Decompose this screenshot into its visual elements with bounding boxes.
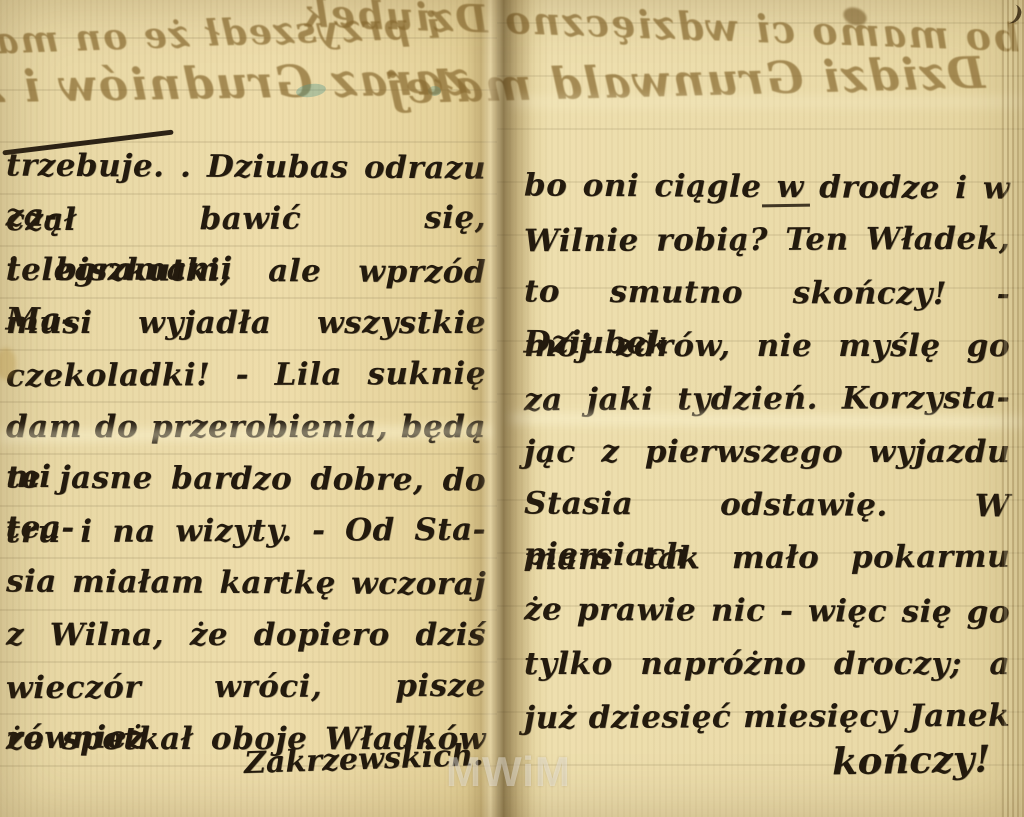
manuscript-line: że prawie nic - więc się go	[524, 585, 1010, 641]
manuscript-line: sia miałam kartkę wczoraj	[6, 557, 486, 612]
manuscript-line: Wilnie robią? Ten Władek,	[524, 214, 1010, 270]
manuscript-line: jąc z pierwszego wyjazdu	[524, 427, 1010, 480]
left-page-text: trzebuje. . Dziubas odrazu za- czął bawi…	[6, 142, 486, 766]
manuscript-line: musi wyjadła wszystkie	[6, 298, 486, 350]
manuscript-line: czekoladki! - Lila suknię	[6, 349, 486, 404]
manuscript-line: tru i na wizyty. - Od Sta-	[6, 505, 486, 560]
manuscript-line: dam do przerobienia, będą mi	[6, 402, 486, 454]
manuscript-line: czął bawić się, telegramami	[6, 193, 486, 248]
manuscript-line: to smutno skończy! - Dziubek	[524, 267, 1010, 323]
manuscript-line: mam tak mało pokarmu	[524, 532, 1010, 588]
manuscript-line: te jasne bardzo dobre, do tea-	[6, 453, 486, 508]
manuscript-line: i biszkutki, ale wprzód Ma-	[6, 245, 486, 300]
right-page-last-word: kończy!	[831, 737, 990, 784]
manuscript-line: wieczór wróci, pisze również	[6, 661, 486, 716]
manuscript-scan: i przyszedł że on mamo zaraz Grudniów i …	[0, 0, 1024, 817]
manuscript-line: Stasia odstawię. W piersiach	[524, 479, 1010, 535]
right-page-text: bo oni ciągle w drodze i w Wilnie robią?…	[524, 162, 1010, 745]
manuscript-line: trzebuje. . Dziubas odrazu za-	[6, 141, 486, 196]
manuscript-line: bo oni ciągle w drodze i w	[524, 161, 1010, 217]
manuscript-line: za jaki tydzień. Korzysta-	[524, 373, 1010, 429]
watermark-text: MWiM	[446, 748, 571, 796]
manuscript-line: z Wilna, że dopiero dziś	[6, 610, 486, 662]
manuscript-line: tylko napróżno droczy; a	[524, 639, 1010, 692]
left-page: i przyszedł że on mamo zaraz Grudniów i …	[0, 0, 497, 817]
